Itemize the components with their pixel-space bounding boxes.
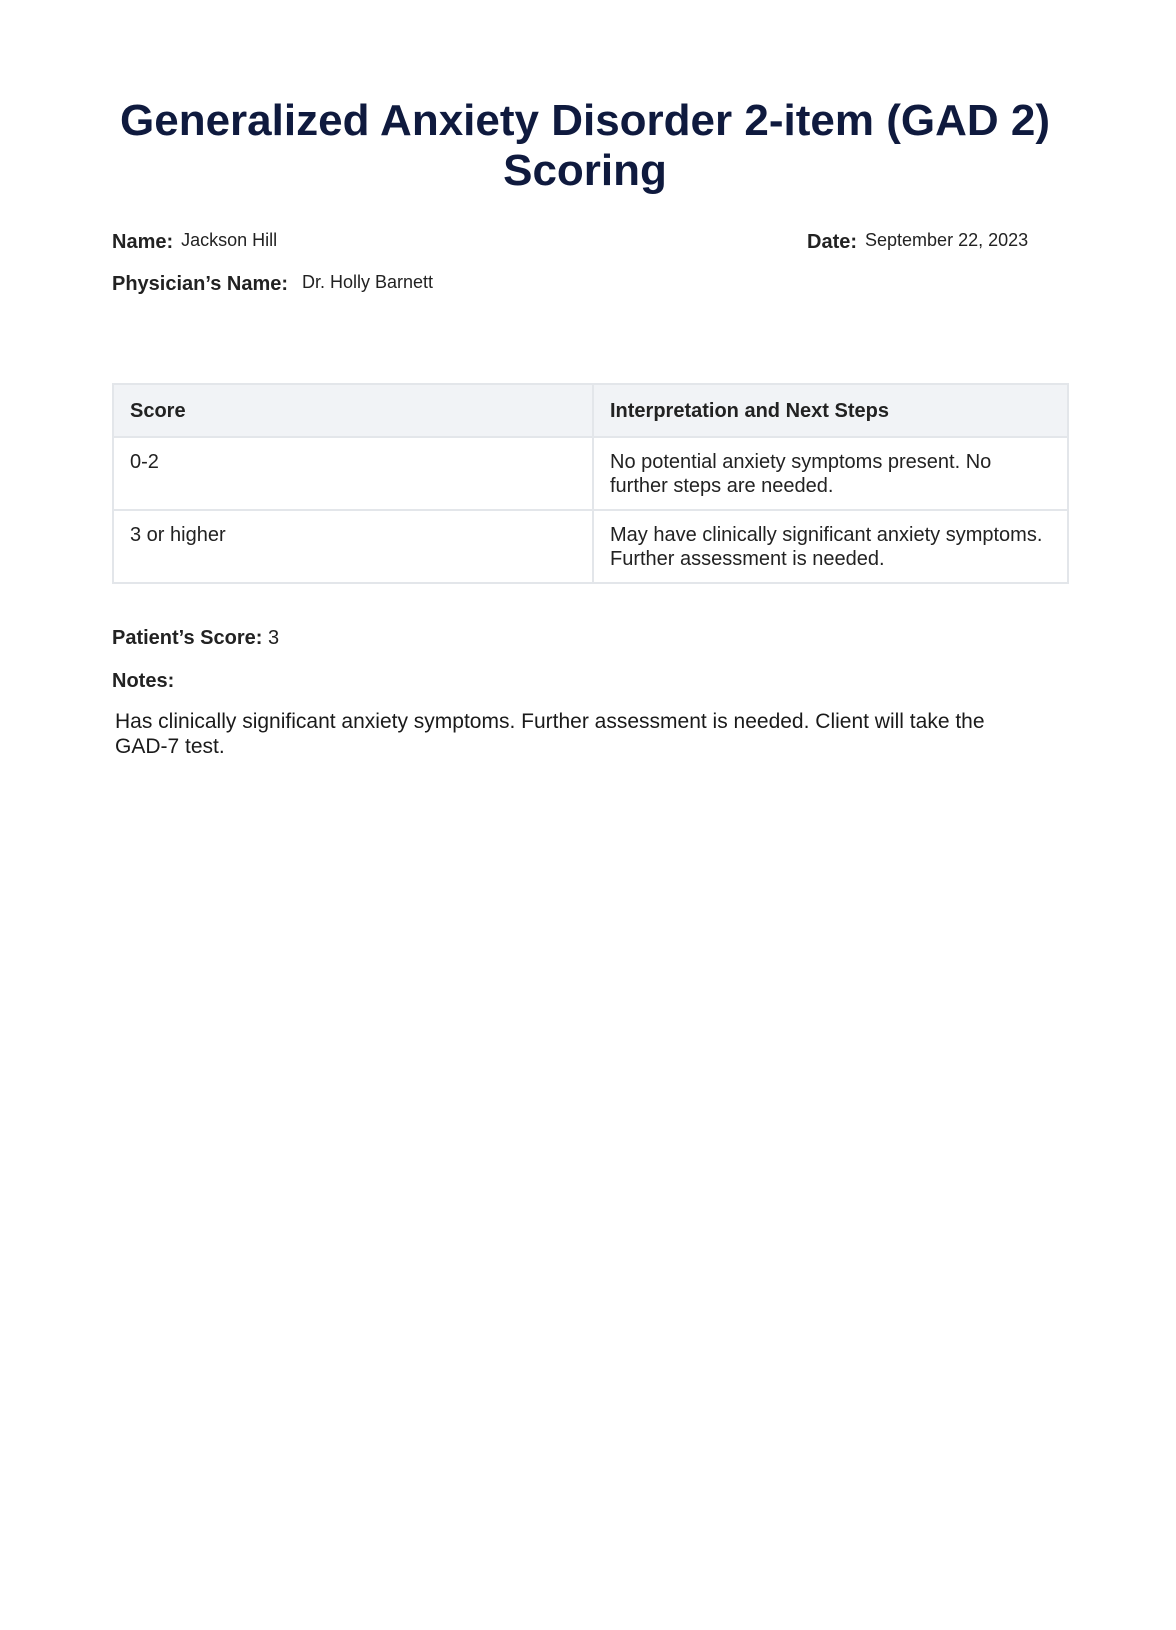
date-field: Date:September 22, 2023 — [807, 231, 1028, 254]
notes-label: Notes: — [112, 670, 174, 693]
interpretation-cell: May have clinically significant anxiety … — [593, 510, 1068, 583]
table-header-row: Score Interpretation and Next Steps — [113, 384, 1068, 437]
interpretation-cell: No potential anxiety symptoms present. N… — [593, 437, 1068, 510]
table-row: 3 or higher May have clinically signific… — [113, 510, 1068, 583]
date-label: Date: — [807, 231, 857, 253]
header-interpretation: Interpretation and Next Steps — [593, 384, 1068, 437]
score-cell: 0-2 — [113, 437, 593, 510]
physician-name-label: Physician’s Name: — [112, 273, 288, 295]
document-title: Generalized Anxiety Disorder 2-item (GAD… — [110, 96, 1060, 196]
patient-score-label: Patient’s Score: — [112, 627, 262, 649]
scoring-table: Score Interpretation and Next Steps 0-2 … — [112, 383, 1069, 584]
patient-name-field: Name:Jackson Hill — [112, 231, 277, 254]
patient-score-value: 3 — [268, 627, 279, 649]
patient-name-label: Name: — [112, 231, 173, 253]
patient-score: Patient’s Score: 3 — [112, 627, 279, 650]
physician-name-value: Dr. Holly Barnett — [302, 272, 433, 292]
patient-name-value: Jackson Hill — [181, 230, 277, 250]
physician-name-field: Physician’s Name:Dr. Holly Barnett — [112, 273, 433, 296]
table-row: 0-2 No potential anxiety symptoms presen… — [113, 437, 1068, 510]
header-score: Score — [113, 384, 593, 437]
notes-text: Has clinically significant anxiety sympt… — [115, 709, 1015, 759]
score-cell: 3 or higher — [113, 510, 593, 583]
date-value: September 22, 2023 — [865, 230, 1028, 250]
